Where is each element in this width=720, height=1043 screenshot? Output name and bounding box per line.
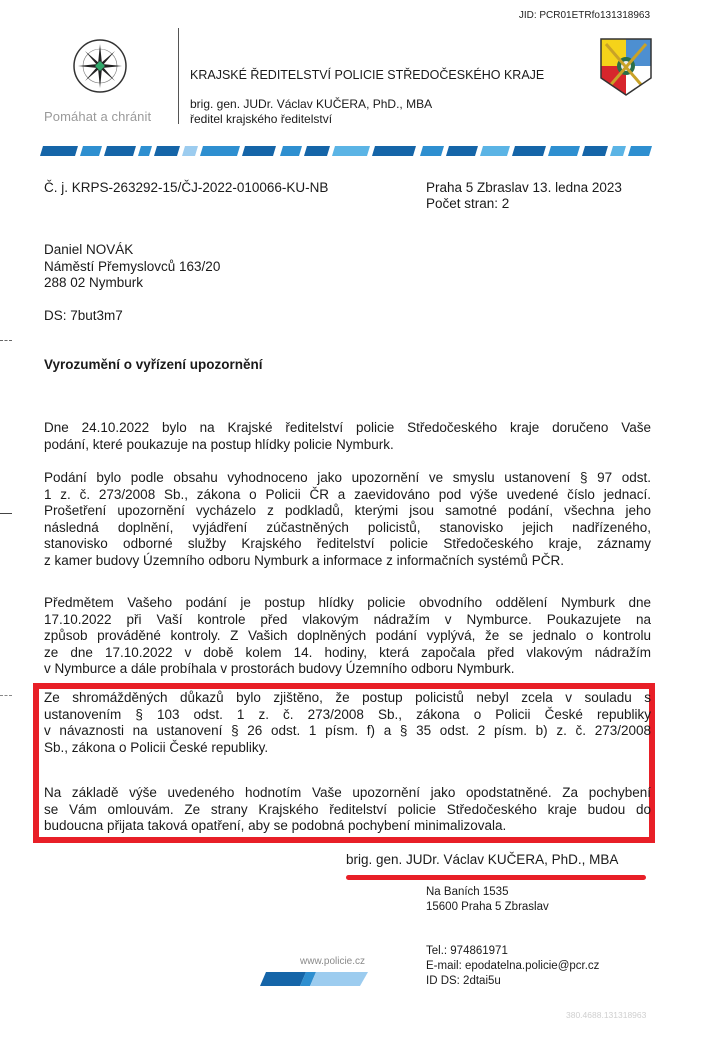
footer-document-code: 380.4688.131318963 — [566, 1010, 646, 1020]
police-motto: Pomáhat a chránit — [44, 109, 151, 124]
paragraph-line: 17.10.2022 při Vaší kontrole před vlakov… — [44, 612, 651, 629]
paragraph-line: způsob prováděné kontroly. Z Vašich dopl… — [44, 628, 651, 645]
signature-red-underline — [346, 875, 646, 880]
email[interactable]: E-mail: epodatelna.policie@pcr.cz — [426, 959, 599, 974]
paragraph-line: Prošetření upozornění vycházelo z podkla… — [44, 503, 651, 520]
paragraph-2: Podání bylo podle obsahu vyhodnoceno jak… — [44, 470, 651, 569]
contact-info: Tel.: 974861971 E-mail: epodatelna.polic… — [426, 944, 599, 989]
document-jid: JID: PCR01ETRfo131318963 — [519, 10, 650, 21]
paragraph-3: Předmětem Vašeho podání je postup hlídky… — [44, 595, 651, 678]
police-star-logo-icon — [72, 38, 128, 94]
paragraph-line: ustanovením § 103 odst. 1 z. č. 273/2008… — [44, 707, 651, 724]
paragraph-line: z kamer budovy Územního odboru Nymburk a… — [44, 553, 651, 570]
paragraph-line: v návaznosti na ustanovení § 26 odst. 1 … — [44, 723, 651, 740]
fold-mark — [0, 695, 12, 697]
director-name: brig. gen. JUDr. Václav KUČERA, PhD., MB… — [190, 97, 432, 111]
recipient-street: Náměstí Přemyslovců 163/20 — [44, 259, 220, 276]
paragraph-line: Ze shromážděných důkazů bylo zjištěno, ž… — [44, 690, 651, 707]
paragraph-line: Na základě výše uvedeného hodnotím Vaše … — [44, 785, 651, 802]
paragraph-5-conclusion: Na základě výše uvedeného hodnotím Vaše … — [44, 785, 651, 835]
office-street: Na Baních 1535 — [426, 885, 549, 900]
office-address: Na Baních 1535 15600 Praha 5 Zbraslav — [426, 885, 549, 915]
paragraph-4-findings: Ze shromážděných důkazů bylo zjištěno, ž… — [44, 690, 651, 756]
office-city: 15600 Praha 5 Zbraslav — [426, 900, 549, 915]
phone: Tel.: 974861971 — [426, 944, 599, 959]
paragraph-line: stanovisko odborné služby Krajského ředi… — [44, 536, 651, 553]
paragraph-line: Podání bylo podle obsahu vyhodnoceno jak… — [44, 470, 651, 487]
header-stripe-decoration — [40, 146, 652, 156]
paragraph-1: Dne 24.10.2022 bylo na Krajské ředitelst… — [44, 420, 651, 453]
header-divider — [178, 28, 179, 124]
organization-name: KRAJSKÉ ŘEDITELSTVÍ POLICIE STŘEDOČESKÉH… — [190, 68, 544, 82]
recipient-name: Daniel NOVÁK — [44, 242, 220, 259]
recipient-address: Daniel NOVÁK Náměstí Přemyslovců 163/20 … — [44, 242, 220, 292]
fold-mark — [0, 513, 12, 514]
footer-stripe-decoration — [260, 972, 368, 986]
website-link[interactable]: www.policie.cz — [300, 956, 365, 967]
reference-number: Č. j. KRPS-263292-15/ČJ-2022-010066-KU-N… — [44, 180, 328, 195]
paragraph-line: Dne 24.10.2022 bylo na Krajské ředitelst… — [44, 420, 651, 437]
director-role: ředitel krajského ředitelství — [190, 112, 332, 126]
paragraph-line: ze dne 17.10.2022 v době kolem 14. hodin… — [44, 645, 651, 662]
paragraph-line: se Vám omlouvám. Ze strany Krajského řed… — [44, 802, 651, 819]
paragraph-line: budoucna přijata taková opatření, aby se… — [44, 818, 651, 835]
letter-subject: Vyrozumění o vyřízení upozornění — [44, 357, 263, 372]
regional-coat-of-arms-icon — [600, 38, 652, 96]
paragraph-line: v Nymburce a dále probíhala v prostorách… — [44, 661, 651, 678]
page-count: Počet stran: 2 — [426, 196, 509, 211]
paragraph-line: Sb., zákona o Policii České republiky. — [44, 740, 651, 757]
place-and-date: Praha 5 Zbraslav 13. ledna 2023 — [426, 180, 622, 195]
paragraph-line: následná doplnění, vyjádření zúčastněnýc… — [44, 520, 651, 537]
paragraph-line: podání, které poukazuje na postup hlídky… — [44, 437, 651, 454]
signature: brig. gen. JUDr. Václav KUČERA, PhD., MB… — [346, 852, 618, 867]
fold-mark — [0, 340, 12, 342]
recipient-city: 288 02 Nymburk — [44, 275, 220, 292]
paragraph-line: Předmětem Vašeho podání je postup hlídky… — [44, 595, 651, 612]
recipient-data-box: DS: 7but3m7 — [44, 308, 123, 323]
paragraph-line: 1 z. č. 273/2008 Sb., zákona o Policii Č… — [44, 487, 651, 504]
id-data-box: ID DS: 2dtai5u — [426, 974, 599, 989]
